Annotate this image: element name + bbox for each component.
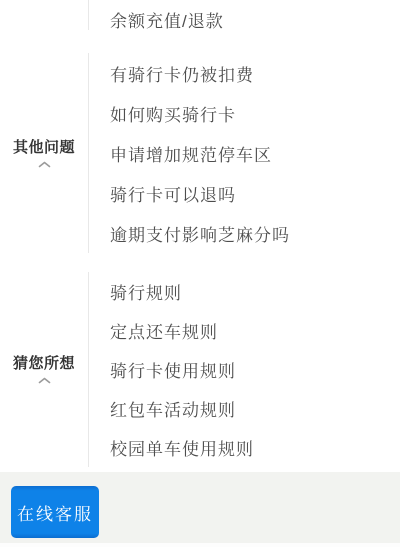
group-label: 猜您所想 bbox=[13, 355, 75, 372]
footer-bar: 在线客服 bbox=[0, 472, 400, 547]
faq-item[interactable]: 骑行规则 bbox=[110, 272, 400, 311]
group-items: 余额充值/退款 bbox=[88, 0, 400, 30]
faq-group-other-questions: 其他问题 有骑行卡仍被扣费 如何购买骑行卡 申请增加规范停车区 骑行卡可以退吗 … bbox=[0, 53, 400, 253]
faq-list: 余额充值/退款 其他问题 有骑行卡仍被扣费 如何购买骑行卡 申请增加规范停车区 … bbox=[0, 0, 400, 472]
online-service-button[interactable]: 在线客服 bbox=[11, 486, 99, 538]
faq-item[interactable]: 骑行卡可以退吗 bbox=[110, 173, 400, 213]
faq-screen: 余额充值/退款 其他问题 有骑行卡仍被扣费 如何购买骑行卡 申请增加规范停车区 … bbox=[0, 0, 400, 547]
faq-group-partial: 余额充值/退款 bbox=[0, 0, 400, 30]
faq-item[interactable]: 逾期支付影响芝麻分吗 bbox=[110, 213, 400, 253]
faq-item[interactable]: 骑行卡使用规则 bbox=[110, 350, 400, 389]
faq-item[interactable]: 校园单车使用规则 bbox=[110, 428, 400, 467]
group-header-suggestions[interactable]: 猜您所想 bbox=[0, 272, 88, 467]
faq-item[interactable]: 有骑行卡仍被扣费 bbox=[110, 53, 400, 93]
faq-item[interactable]: 申请增加规范停车区 bbox=[110, 133, 400, 173]
faq-group-suggestions: 猜您所想 骑行规则 定点还车规则 骑行卡使用规则 红包车活动规则 校园单车使用规… bbox=[0, 272, 400, 467]
faq-item[interactable]: 定点还车规则 bbox=[110, 311, 400, 350]
faq-item[interactable]: 余额充值/退款 bbox=[110, 0, 400, 30]
bottom-strip bbox=[0, 543, 400, 547]
group-label-column bbox=[0, 0, 88, 30]
chevron-up-icon bbox=[38, 377, 51, 384]
group-items: 有骑行卡仍被扣费 如何购买骑行卡 申请增加规范停车区 骑行卡可以退吗 逾期支付影… bbox=[88, 53, 400, 253]
faq-item[interactable]: 如何购买骑行卡 bbox=[110, 93, 400, 133]
chevron-up-icon bbox=[38, 161, 51, 168]
group-header-other-questions[interactable]: 其他问题 bbox=[0, 53, 88, 253]
group-items: 骑行规则 定点还车规则 骑行卡使用规则 红包车活动规则 校园单车使用规则 bbox=[88, 272, 400, 467]
group-label: 其他问题 bbox=[13, 139, 75, 156]
faq-item[interactable]: 红包车活动规则 bbox=[110, 389, 400, 428]
